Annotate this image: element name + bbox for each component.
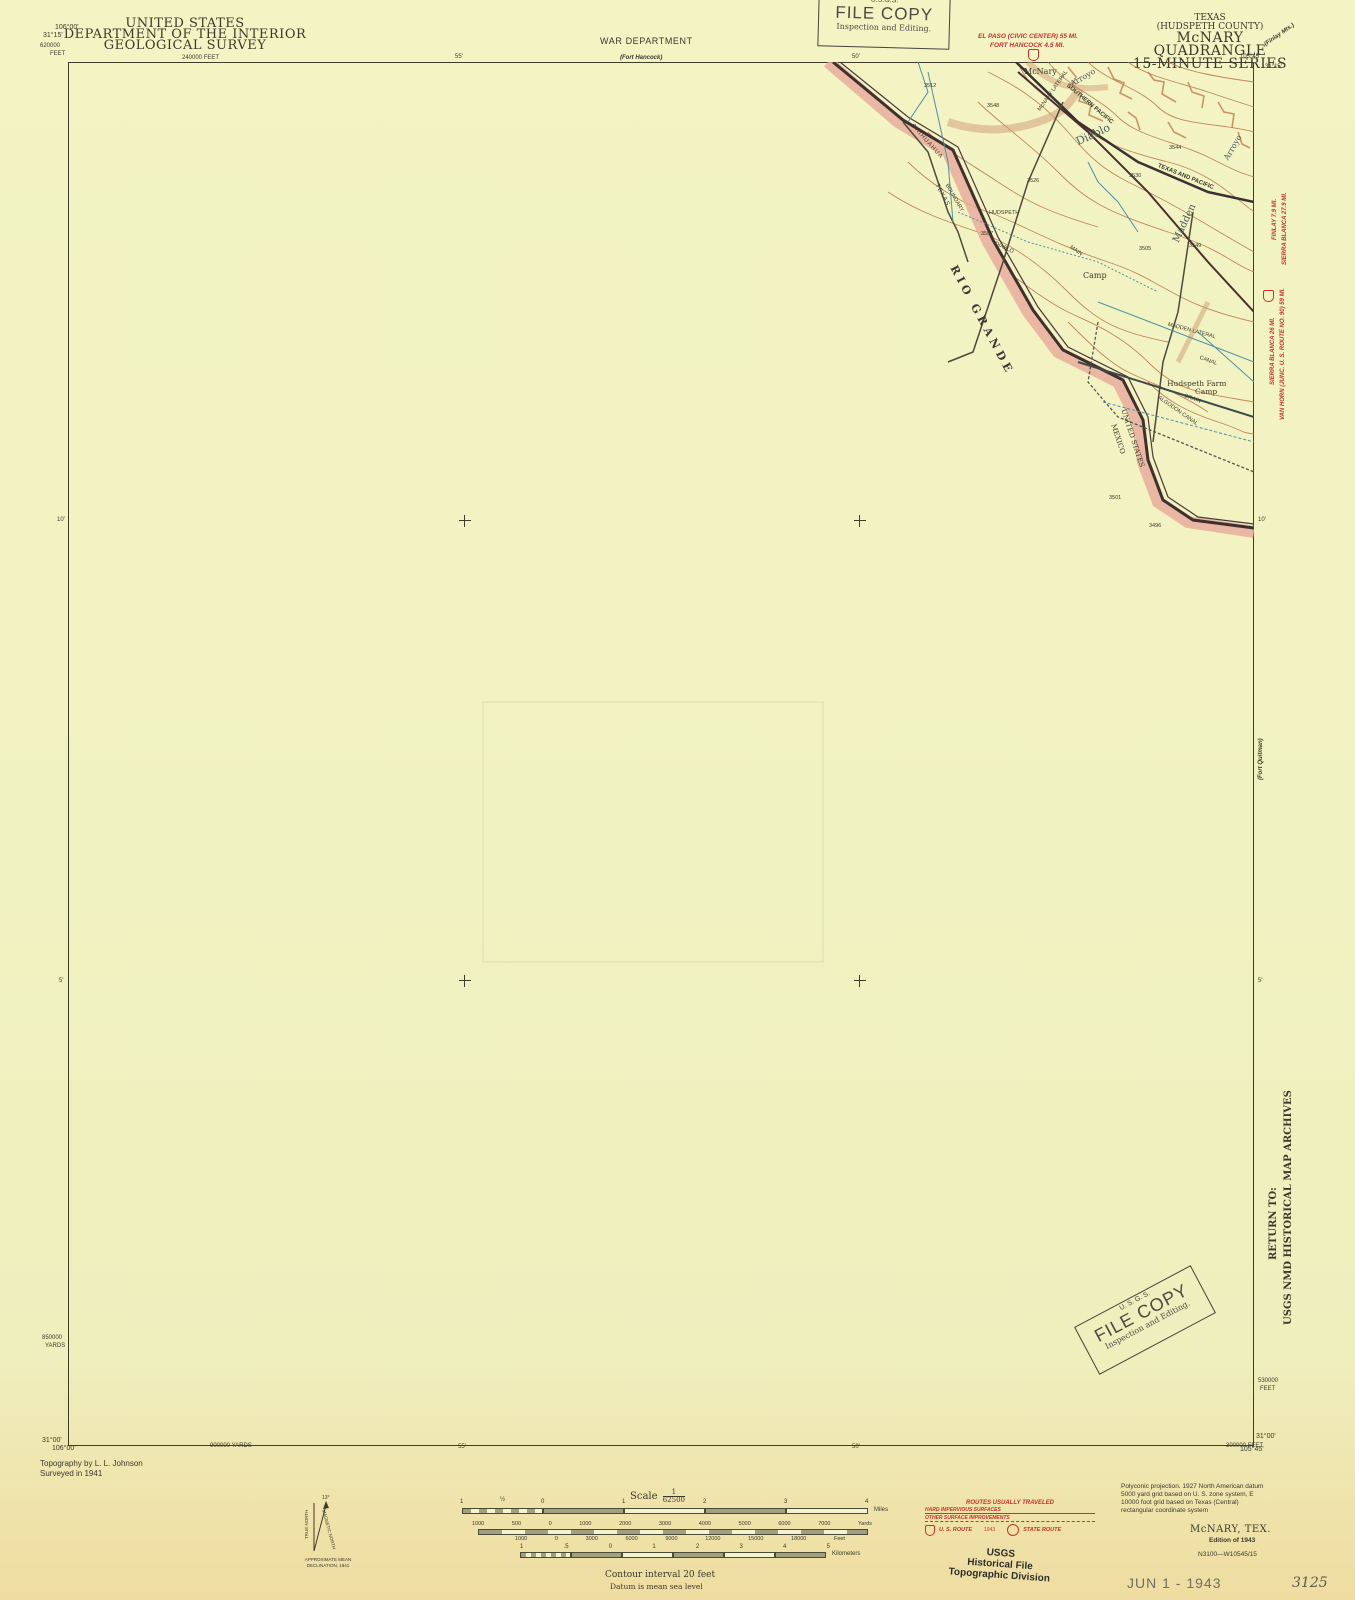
adjacent-east-label: (Fort Quitman) — [1258, 738, 1264, 780]
grid-right-bottom-unit: FEET — [1260, 1386, 1275, 1392]
miles-tick: 3 — [784, 1499, 787, 1505]
coord-sw-lon: 106°00' — [52, 1445, 76, 1452]
scale-label: Scale — [630, 1491, 658, 1502]
projection-line: rectangular coordinate system — [1121, 1507, 1351, 1515]
elevation-label: 3548 — [987, 103, 999, 109]
elevation-label: 3544 — [1169, 145, 1181, 151]
yards-tick: 6000 — [778, 1521, 790, 1527]
cooperator-label: WAR DEPARTMENT — [600, 36, 693, 46]
sheet-id: N3100—W10545/15 — [1198, 1551, 1257, 1558]
elevation-label: 3512 — [924, 83, 936, 89]
projection-line: Polyconic projection. 1927 North America… — [1121, 1483, 1351, 1491]
lat-10-left: 10' — [57, 517, 65, 523]
yards-tick: 4000 — [699, 1521, 711, 1527]
town-label-hudspeth-camp: Camp — [1195, 387, 1217, 396]
map-frame: McNary Camp Hudspeth Farm Camp Diablo Ar… — [68, 62, 1254, 1446]
legend-year: 1943 — [984, 1527, 995, 1533]
declination-diagram: 13° TRUE NORTH MAGNETIC NORTH APPROXIMAT… — [300, 1495, 360, 1595]
yards-unit: Yards — [858, 1521, 872, 1527]
route-note-fthancock: FORT HANCOCK 4.5 MI. — [990, 42, 1064, 49]
feet-tick: 6000 — [625, 1536, 637, 1542]
yards-tick: 5000 — [739, 1521, 751, 1527]
grid-left-bottom: 850000 — [42, 1335, 62, 1341]
km-tick: 5 — [827, 1544, 830, 1550]
elevation-label: 3496 — [1149, 523, 1161, 529]
yards-tick: 7000 — [818, 1521, 830, 1527]
grid-left-top: 620000 — [40, 43, 60, 49]
agency-header: UNITED STATES DEPARTMENT OF THE INTERIOR… — [60, 18, 310, 51]
elevation-label: 3501 — [1109, 495, 1121, 501]
credits: Topography by L. L. Johnson Surveyed in … — [40, 1459, 143, 1479]
feet-unit: Feet — [834, 1536, 845, 1542]
feet-tick: 3000 — [586, 1536, 598, 1542]
scale-ratio: Scale 1 62500 — [630, 1489, 685, 1504]
state-route-circle-icon — [1007, 1524, 1019, 1536]
miles-tick: 1 — [460, 1499, 463, 1505]
legend-us-route: U. S. ROUTE — [939, 1527, 972, 1533]
elevation-label: 3530 — [1129, 173, 1141, 179]
handwritten-number: 3125 — [1292, 1575, 1328, 1591]
graticule-cross — [459, 975, 471, 987]
coord-nw-lat: 31°15' — [43, 32, 63, 39]
scale-denominator: 62500 — [663, 1497, 685, 1504]
lat-10-right: 10' — [1258, 517, 1266, 523]
coord-se-lon: 105°45' — [1240, 1446, 1264, 1453]
yards-tick: 3000 — [659, 1521, 671, 1527]
us-route-shield-icon — [925, 1525, 935, 1536]
coord-nw-lon: 106°00' — [55, 24, 79, 31]
grid-top-label: 240000 FEET — [182, 55, 219, 61]
credit-surveyed: Surveyed in 1941 — [40, 1469, 143, 1479]
elevation-label: 3507 — [981, 231, 993, 237]
yards-tick: 500 — [512, 1521, 521, 1527]
coord-sw-lat: 31°00' — [42, 1437, 62, 1444]
scale-bar-miles — [462, 1508, 868, 1514]
town-label-mcnary: McNary — [1024, 67, 1057, 76]
legend-other-surface: OTHER SURFACE IMPROVEMENTS — [925, 1515, 1095, 1522]
route-note-sierra-blanca-b: SIERRA BLANCA 26 MI. — [1270, 317, 1276, 385]
legend-route-symbols: U. S. ROUTE 1943 STATE ROUTE — [925, 1524, 1095, 1536]
adjacent-north-label: (Fort Hancock) — [620, 55, 662, 61]
km-tick: 0 — [609, 1544, 612, 1550]
coord-ne-lat: 31°15' — [1265, 64, 1282, 70]
km-tick: 1 — [652, 1544, 655, 1550]
km-tick: 1 — [520, 1544, 523, 1550]
projection-line: 5000 yard grid based on U. S. zone syste… — [1121, 1491, 1351, 1499]
lon-50-bottom: 50' — [852, 1444, 860, 1450]
scale-block: Scale 1 62500 1 ½ 0 1 2 3 4 Miles 1000 5… — [460, 1489, 890, 1599]
yards-tick: 1000 — [472, 1521, 484, 1527]
credit-topography: Topography by L. L. Johnson — [40, 1459, 143, 1469]
true-north-label: TRUE NORTH — [304, 1510, 309, 1539]
edition-label: Edition of 1943 — [1209, 1537, 1255, 1544]
lon-55-bottom: 55' — [458, 1444, 466, 1450]
yards-tick: 1000 — [579, 1521, 591, 1527]
yards-tick: 0 — [549, 1521, 552, 1527]
lat-5-right: 5' — [1258, 978, 1262, 984]
miles-tick: 1 — [622, 1499, 625, 1505]
route-note-van-horn: VAN HORN (JUNC. U. S. ROUTE NO. 90) 59 M… — [1280, 288, 1286, 420]
route-legend: ROUTES USUALLY TRAVELED HARD IMPERVIOUS … — [925, 1500, 1095, 1536]
graticule-cross — [854, 975, 866, 987]
us-route-shield-icon — [1263, 290, 1274, 302]
km-ticks: 1 .5 0 1 2 3 4 5 — [520, 1544, 830, 1550]
scale-bar-km — [520, 1552, 826, 1558]
route-note-finlay: FINLAY 7.9 MI. — [1272, 199, 1278, 240]
miles-tick: 2 — [703, 1499, 706, 1505]
graticule-cross — [459, 515, 471, 527]
coord-ne-lon: 105°45' — [1240, 54, 1260, 60]
miles-tick: ½ — [500, 1497, 505, 1503]
datum-note: Datum is mean sea level — [610, 1582, 703, 1591]
elevation-label: 3549 — [1189, 243, 1201, 249]
grid-left-top-unit: FEET — [50, 51, 65, 57]
archive-return-label: RETURN TO: — [1268, 1187, 1279, 1260]
feet-tick: 1000 — [515, 1536, 527, 1542]
yards-ticks: 1000 500 0 1000 2000 3000 4000 5000 6000… — [472, 1521, 872, 1527]
grid-left-bottom-unit: YARDS — [45, 1343, 65, 1349]
us-route-shield-icon — [1028, 49, 1039, 61]
town-label-camp: Camp — [1083, 271, 1107, 280]
scale-fraction: 1 62500 — [663, 1489, 685, 1504]
route-note-sierra-blanca-a: SIERRA BLANCA 27.9 MI. — [1282, 192, 1288, 265]
feet-tick: 9000 — [665, 1536, 677, 1542]
feet-tick: 15000 — [748, 1536, 763, 1542]
km-tick: 3 — [739, 1544, 742, 1550]
km-tick: 2 — [696, 1544, 699, 1550]
canal-label-hudspeth: HUDSPETH — [989, 210, 1019, 216]
miles-tick: 4 — [865, 1499, 868, 1505]
declination-angle: 13° — [322, 1495, 330, 1501]
feet-tick: 18000 — [791, 1536, 806, 1542]
km-tick: 4 — [783, 1544, 786, 1550]
projection-note: Polyconic projection. 1927 North America… — [1121, 1483, 1351, 1515]
yards-tick: 2000 — [619, 1521, 631, 1527]
grid-right-bottom: 530000 — [1258, 1378, 1278, 1384]
grid-bottom-left: 900000 YARDS — [210, 1443, 252, 1449]
feet-ticks: 1000 0 3000 6000 9000 12000 15000 18000 … — [515, 1536, 845, 1542]
legend-hard-surface: HARD IMPERVIOUS SURFACES — [925, 1507, 1095, 1514]
km-tick: .5 — [564, 1544, 569, 1550]
elevation-label: 3526 — [1027, 178, 1039, 184]
legend-title: ROUTES USUALLY TRAVELED — [925, 1500, 1095, 1506]
date-stamp: JUN 1 - 1943 — [1127, 1575, 1221, 1591]
feet-tick: 0 — [555, 1536, 558, 1542]
lon-50-top: 50' — [852, 54, 860, 60]
declination-note-line: DECLINATION, 1941 — [288, 1563, 368, 1569]
legend-state-route: STATE ROUTE — [1023, 1527, 1061, 1533]
scale-bar-yards-feet — [478, 1529, 868, 1535]
miles-tick: 0 — [541, 1499, 544, 1505]
lon-55-top: 55' — [455, 54, 463, 60]
route-note-elpaso: EL PASO (CIVIC CENTER) 55 MI. — [978, 33, 1078, 40]
map-content-svg — [68, 62, 1254, 1446]
historical-file-stamp: USGS Historical File Topographic Divisio… — [944, 1544, 1056, 1585]
declination-note: APPROXIMATE MEAN DECLINATION, 1941 — [288, 1557, 368, 1569]
miles-unit: Miles — [874, 1507, 888, 1513]
km-unit: Kilometers — [832, 1551, 860, 1557]
feet-tick: 12000 — [705, 1536, 720, 1542]
archive-name-label: USGS NMD HISTORICAL MAP ARCHIVES — [1283, 1090, 1294, 1325]
coord-se-lat: 31°00' — [1256, 1433, 1276, 1440]
projection-line: 10000 foot grid based on Texas (Central) — [1121, 1499, 1351, 1507]
lat-5-left: 5' — [59, 978, 63, 984]
elevation-label: 3505 — [1139, 246, 1151, 252]
file-copy-stamp-top: U.S.G.S. FILE COPY Inspection and Editin… — [817, 0, 950, 50]
contour-interval: Contour interval 20 feet — [605, 1570, 715, 1580]
graticule-cross — [854, 515, 866, 527]
sheet-name: McNARY, TEX. — [1190, 1524, 1271, 1535]
